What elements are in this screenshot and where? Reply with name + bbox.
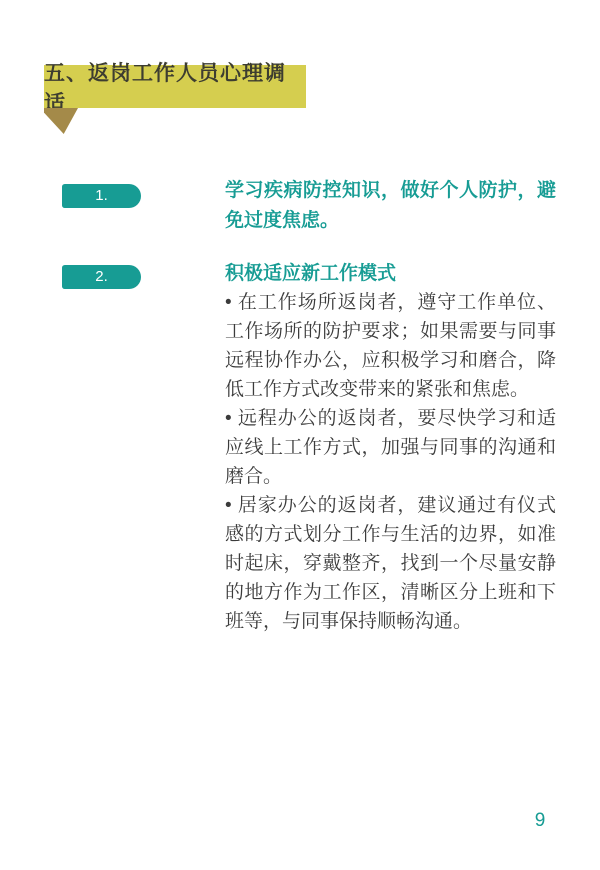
document-page: 五、返岗工作人员心理调适 1. 学习疾病防控知识，做好个人防护，避免过度焦虑。 …: [0, 0, 600, 870]
item-2-bullet-remote: • 远程办公的返岗者，要尽快学习和适应线上工作方式，加强与同事的沟通和磨合。: [225, 404, 556, 491]
banner-fold-decoration: [44, 108, 78, 134]
item-2-body: 积极适应新工作模式 • 在工作场所返岗者，遵守工作单位、工作场所的防护要求；如果…: [225, 259, 556, 636]
item-2-bullet-home: • 居家办公的返岗者，建议通过有仪式感的方式划分工作与生活的边界，如准时起床，穿…: [225, 491, 556, 636]
item-1-text: 学习疾病防控知识，做好个人防护，避免过度焦虑。: [225, 176, 556, 236]
section-title-banner: 五、返岗工作人员心理调适: [44, 65, 306, 108]
page-number: 9: [530, 810, 550, 832]
item-2-bullet-workplace: • 在工作场所返岗者，遵守工作单位、工作场所的防护要求；如果需要与同事远程协作办…: [225, 288, 556, 404]
item-1-number-badge: 1.: [62, 184, 141, 208]
item-2-heading: 积极适应新工作模式: [225, 259, 556, 288]
item-2-number-badge: 2.: [62, 265, 141, 289]
